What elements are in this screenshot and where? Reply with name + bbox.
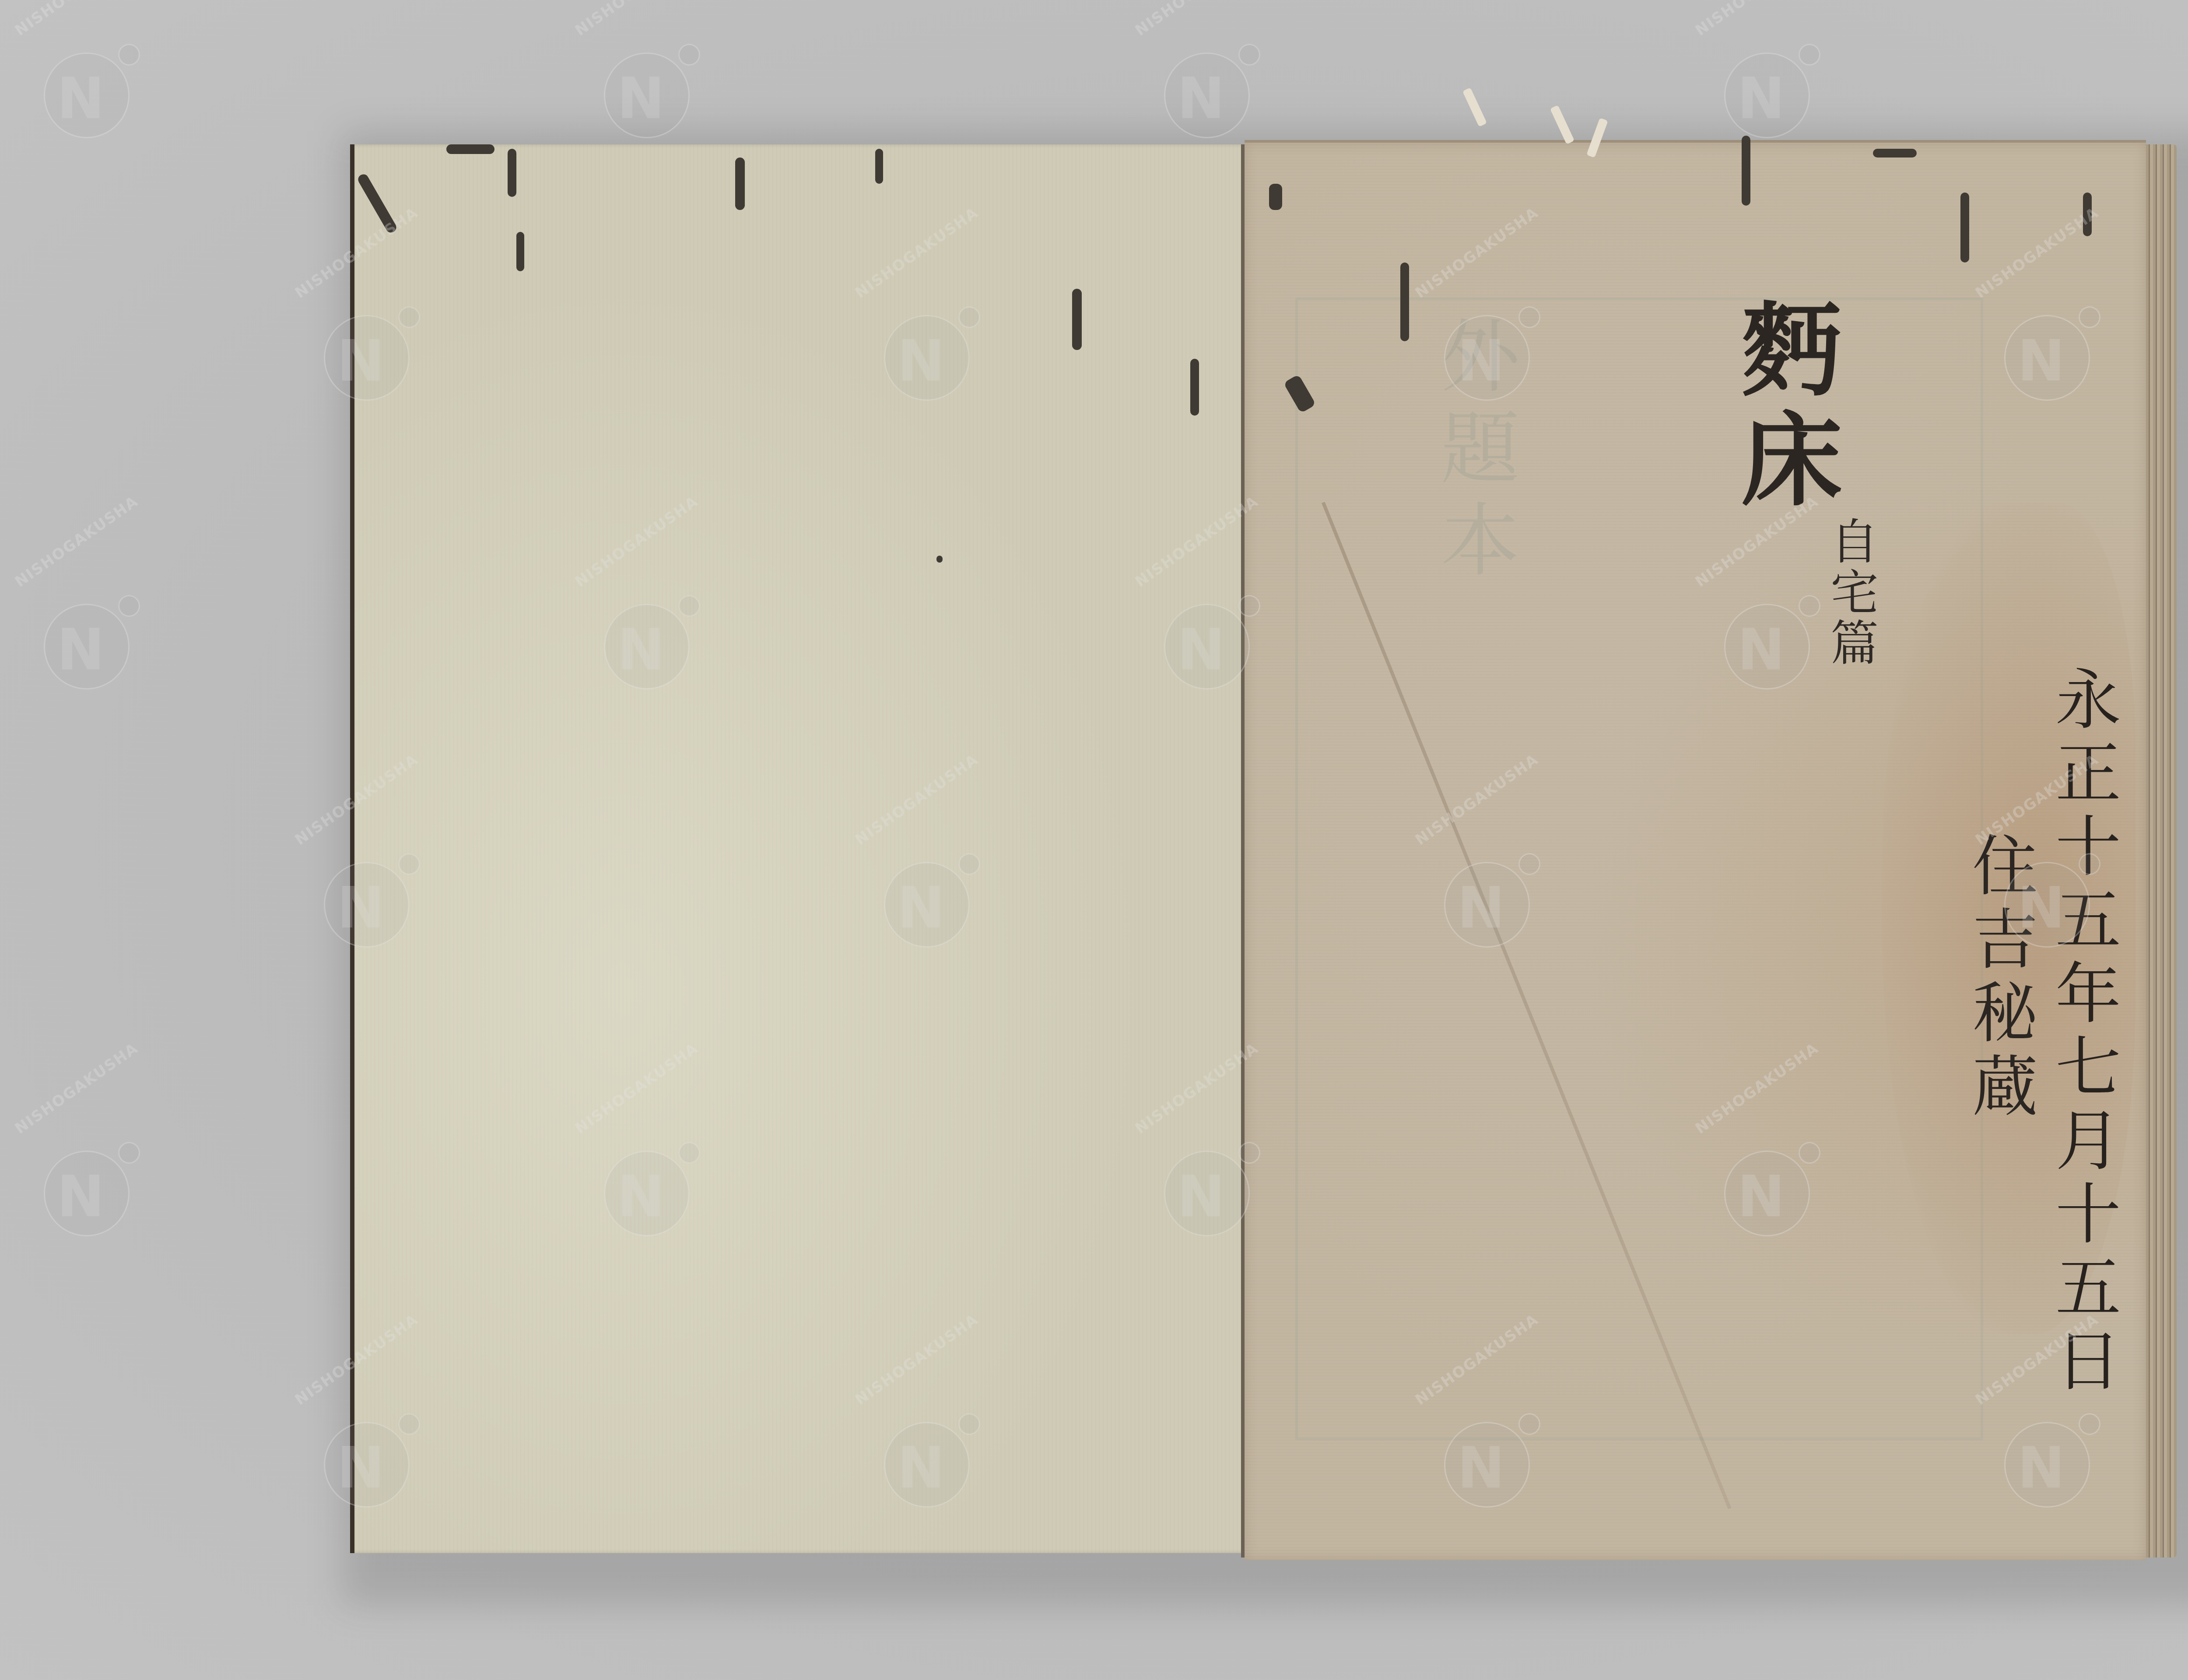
page-block-edge: [2146, 144, 2177, 1557]
inscription-owner: 住吉秘蔵: [1952, 831, 2046, 1125]
wormhole: [516, 232, 524, 271]
wormhole: [735, 157, 745, 210]
wormhole: [1742, 136, 1750, 206]
spine-gutter: [1241, 144, 1245, 1557]
bleed-through-text: 外題本: [1422, 315, 1525, 591]
wormhole: [1072, 289, 1082, 350]
wormhole: [1190, 359, 1199, 416]
book-title: 麪床: [1733, 297, 1834, 516]
left-page-endpaper: [350, 144, 1247, 1553]
wormhole: [1269, 184, 1282, 210]
wormhole: [1873, 149, 1917, 157]
wormhole: [508, 149, 516, 197]
wormhole: [2083, 192, 2092, 236]
inscription-date: 永正十五年七月十五日: [2035, 665, 2129, 1400]
wormhole: [1960, 192, 1969, 262]
wormhole: [1400, 262, 1409, 341]
wormhole: [875, 149, 883, 184]
wormhole: [936, 556, 943, 563]
book-subtitle: 自宅篇: [1816, 516, 1885, 668]
wormhole: [446, 144, 494, 154]
faint-title-frame: [1295, 297, 1983, 1440]
